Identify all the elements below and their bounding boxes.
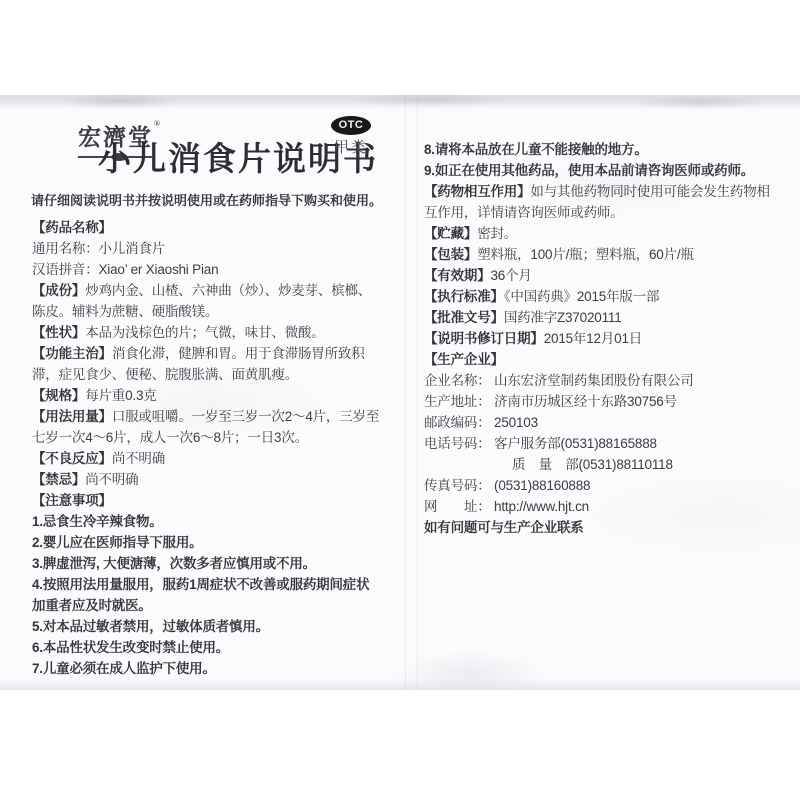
- otc-class-label: 甲类: [328, 136, 374, 157]
- precaution-item: 2.婴儿应在医师指导下服用。: [32, 532, 404, 553]
- leaflet-line: 【禁忌】尚不明确: [32, 469, 404, 490]
- tagline: 请仔细阅读说明书并按说明使用或在药师指导下购买和使用。: [31, 190, 382, 209]
- precaution-item: 7.儿童必须在成人监护下使用。: [32, 658, 404, 679]
- manufacturer-address-line: 生产地址： 济南市历城区经十东路30756号: [424, 391, 796, 412]
- precaution-item: 9.如正在使用其他药品，使用本品前请咨询医师或药师。: [424, 160, 796, 181]
- manufacturer-name-line: 企业名称： 山东宏济堂制药集团股份有限公司: [424, 370, 796, 391]
- leaflet-line: 【说明书修订日期】2015年12月01日: [424, 328, 796, 349]
- precaution-item: 3.脾虚泄泻, 大便溏薄，次数多者应慎用或不用。: [32, 553, 404, 574]
- fold-crease: [417, 95, 418, 690]
- leaflet-line: 【药品名称】: [32, 217, 404, 238]
- leaflet-line: 【用法用量】口服或咀嚼。一岁至三岁一次2～4片，三岁至: [32, 406, 404, 427]
- phone-line: 电话号码： 客户服务部(0531)88165888: [424, 433, 796, 454]
- left-column: 【药品名称】 通用名称：小儿消食片 汉语拼音：Xiao’ er Xiaoshi …: [32, 217, 404, 679]
- fold-crease: [405, 95, 406, 690]
- leaflet-line: 七岁一次4～6片，成人一次6～8片；一日3次。: [32, 427, 404, 448]
- website-line: 网 址： http://www.hjt.cn: [424, 496, 796, 517]
- leaflet-line: 【成份】炒鸡内金、山楂、六神曲（炒）、炒麦芽、槟榔、: [32, 280, 404, 301]
- leaflet-line: 通用名称：小儿消食片: [32, 238, 404, 259]
- leaflet-photo: 宏濟堂® 小儿消食片说明书 OTC 甲类 请仔细阅读说明书并按说明使用或在药师指…: [0, 95, 800, 690]
- leaflet-line: 【贮藏】密封。: [424, 223, 796, 244]
- paper-bottom-edge: [0, 678, 800, 690]
- screenshot-canvas: { "header": { "logo_text": "宏濟堂", "regis…: [0, 0, 800, 800]
- precaution-item: 1.忌食生冷辛辣食物。: [32, 511, 404, 532]
- leaflet-line: 互作用，详情请咨询医师或药师。: [424, 202, 796, 223]
- leaflet-line: 滞，症见食少、便秘、脘腹胀满、面黄肌瘦。: [32, 364, 404, 385]
- precaution-item: 4.按照用法用量服用，服药1周症状不改善或服药期间症状: [32, 574, 404, 595]
- leaflet-line: 陈皮。辅料为蔗糖、硬脂酸镁。: [32, 301, 404, 322]
- leaflet-line: 【不良反应】尚不明确: [32, 448, 404, 469]
- leaflet-line: 汉语拼音：Xiao’ er Xiaoshi Pian: [32, 259, 404, 280]
- leaflet-line: 【批准文号】国药准字Z37020111: [424, 307, 796, 328]
- leaflet-line: 【生产企业】: [424, 349, 796, 370]
- leaflet-line: 【执行标准】《中国药典》2015年版一部: [424, 286, 796, 307]
- precaution-item: 6.本品性状发生改变时禁止使用。: [32, 637, 404, 658]
- paper-top-edge: [0, 95, 800, 109]
- postal-code-line: 邮政编码： 250103: [424, 412, 796, 433]
- precaution-item: 8.请将本品放在儿童不能接触的地方。: [424, 139, 796, 160]
- precaution-item: 5.对本品过敏者禁用，过敏体质者慎用。: [32, 616, 404, 637]
- leaflet-line: 【性状】本品为浅棕色的片；气微，味甘、微酸。: [32, 322, 404, 343]
- otc-mark: OTC 甲类: [328, 115, 374, 157]
- leaflet-line: 【包装】塑料瓶，100片/瓶；塑料瓶，60片/瓶: [424, 244, 796, 265]
- phone-line: 质 量 部(0531)88110118: [424, 454, 796, 475]
- precaution-item: 加重者应及时就医。: [32, 595, 404, 616]
- right-column: 8.请将本品放在儿童不能接触的地方。 9.如正在使用其他药品，使用本品前请咨询医…: [424, 139, 796, 538]
- contact-note: 如有问题可与生产企业联系: [424, 517, 796, 538]
- leaflet-line: 【有效期】36个月: [424, 265, 796, 286]
- fax-line: 传真号码： (0531)88160888: [424, 475, 796, 496]
- leaflet-line: 【功能主治】消食化滞，健脾和胃。用于食滞肠胃所致积: [32, 343, 404, 364]
- otc-badge: OTC: [331, 116, 371, 135]
- registered-trademark-icon: ®: [154, 119, 162, 128]
- leaflet-line: 【规格】每片重0.3克: [32, 385, 404, 406]
- leaflet-line: 【注意事项】: [32, 490, 404, 511]
- leaflet-line: 【药物相互作用】如与其他药物同时使用可能会发生药物相: [424, 181, 796, 202]
